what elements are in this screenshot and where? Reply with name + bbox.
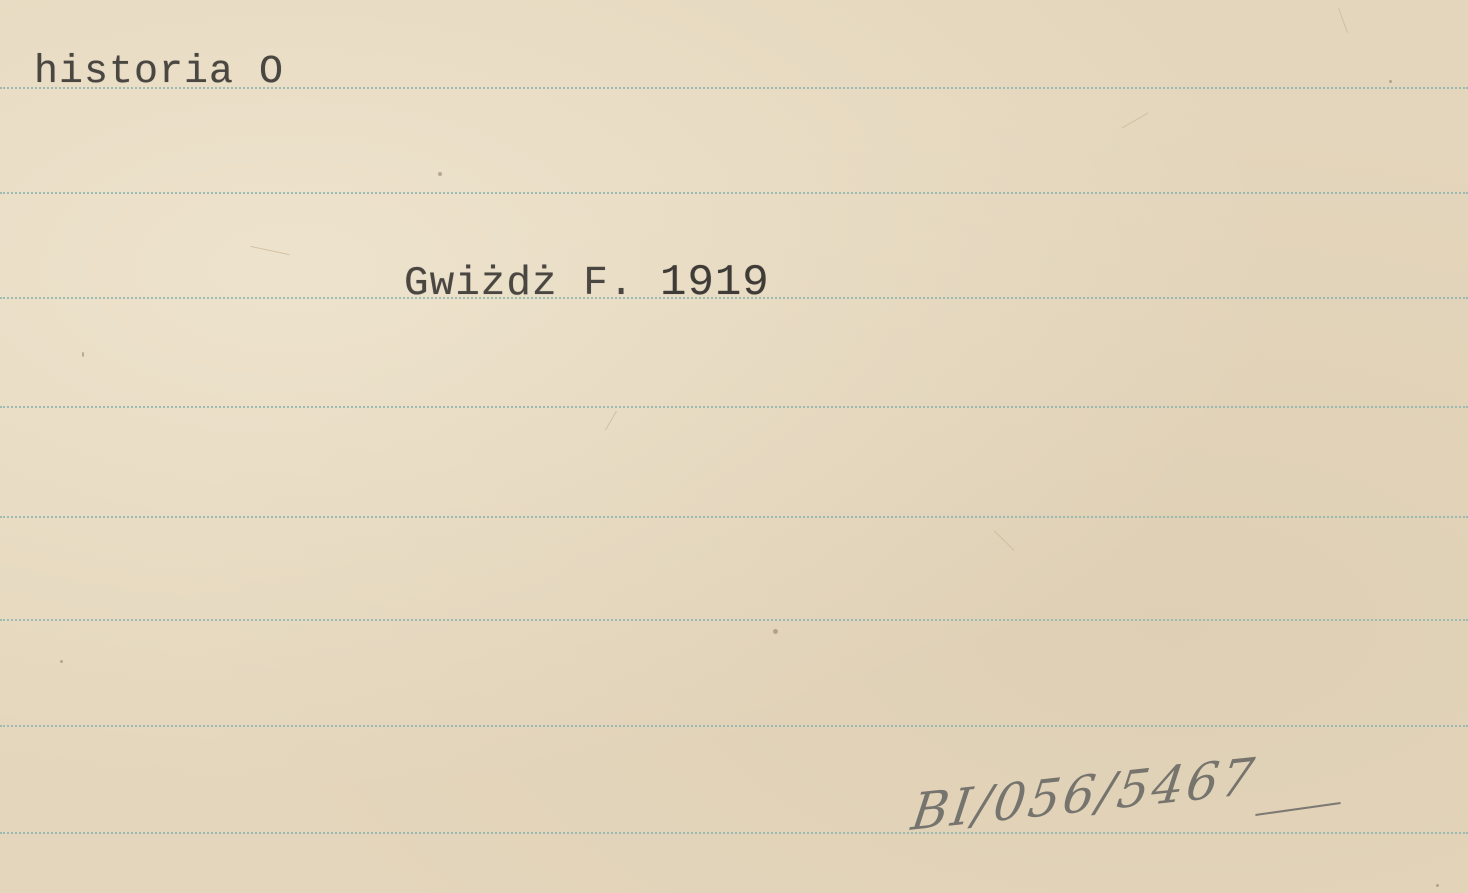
paper-fiber (250, 246, 289, 255)
paper-fiber (1338, 8, 1348, 33)
paper-speck (1389, 80, 1392, 83)
paper-fiber (994, 530, 1015, 551)
ruled-line (0, 725, 1468, 727)
subject-heading: historia O (34, 50, 284, 95)
ruled-line (0, 406, 1468, 408)
paper-speck (60, 660, 63, 663)
ruled-line (0, 192, 1468, 194)
paper-speck (82, 352, 84, 357)
paper-speck (773, 629, 778, 634)
paper-fiber (605, 411, 617, 431)
paper-fiber (1122, 113, 1148, 129)
author-name: Gwiżdż F. (404, 261, 634, 307)
paper-speck (1436, 884, 1439, 887)
publication-year: 1919 (660, 258, 770, 308)
ruled-line (0, 619, 1468, 621)
ruled-line (0, 516, 1468, 518)
pencil-stroke (1255, 802, 1340, 816)
ruled-line (0, 832, 1468, 834)
handwritten-call-number: BI/056/5467 (908, 747, 1260, 842)
paper-speck (438, 172, 442, 176)
author-entry: Gwiżdż F. 1919 (404, 258, 770, 308)
catalog-card: historia O Gwiżdż F. 1919 BI/056/5467 (0, 0, 1468, 893)
